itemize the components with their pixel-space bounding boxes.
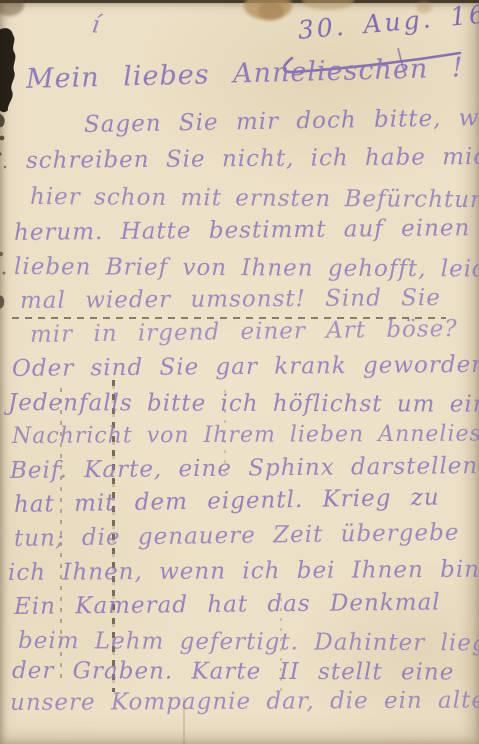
paper-stain [0, 0, 24, 16]
handwriting-line: Nachricht von Ihrem lieben Annelieschen. [12, 423, 479, 448]
handwriting-line: unsere Kompagnie dar, die ein alter [10, 689, 479, 715]
handwriting-line: hier schon mit ernsten Befürchtungen [30, 186, 479, 213]
handwriting-line: lieben Brief von Ihnen gehofft, leider [14, 256, 479, 282]
handwriting-line: tun; die genauere Zeit übergebe [14, 522, 460, 551]
handwriting-line: beim Lehm gefertigt. Dahinter liegt [18, 630, 479, 656]
handwriting-line: Jedenfalls bitte ich höflichst um eine [8, 392, 479, 417]
stray-mark: í [90, 12, 102, 37]
paper-stain [258, 2, 284, 20]
handwriting-line: Oder sind Sie gar krank geworden? [12, 354, 479, 381]
handwriting-line: mir in irgend einer Art böse? [30, 318, 458, 347]
handwriting-line: schreiben Sie nicht, ich habe mich [26, 146, 479, 173]
postcard-back: í 30. Aug. 16. Mein liebes Annelieschen … [0, 0, 479, 744]
paper-stain [302, 0, 354, 10]
handwriting-line: Ein Kamerad hat das Denkmal [14, 592, 441, 619]
handwriting-line: mal wieder umsonst! Sind Sie [20, 287, 441, 313]
handwriting-line: der Graben. Karte II stellt eine [12, 660, 454, 685]
handwriting-line: herum. Hatte bestimmt auf einen [14, 217, 471, 245]
handwriting-line: ich Ihnen, wenn ich bei Ihnen bin. [8, 559, 479, 585]
handwriting-line: Beif. Karte, eine Sphinx darstellend, [10, 455, 479, 483]
salutation-line: Mein liebes Annelieschen ! [26, 55, 464, 93]
handwriting-line: Sagen Sie mir doch bitte, warum [84, 106, 479, 137]
handwriting-line: hat mit dem eigentl. Krieg zu [14, 487, 440, 517]
scan-edge [0, 0, 479, 3]
